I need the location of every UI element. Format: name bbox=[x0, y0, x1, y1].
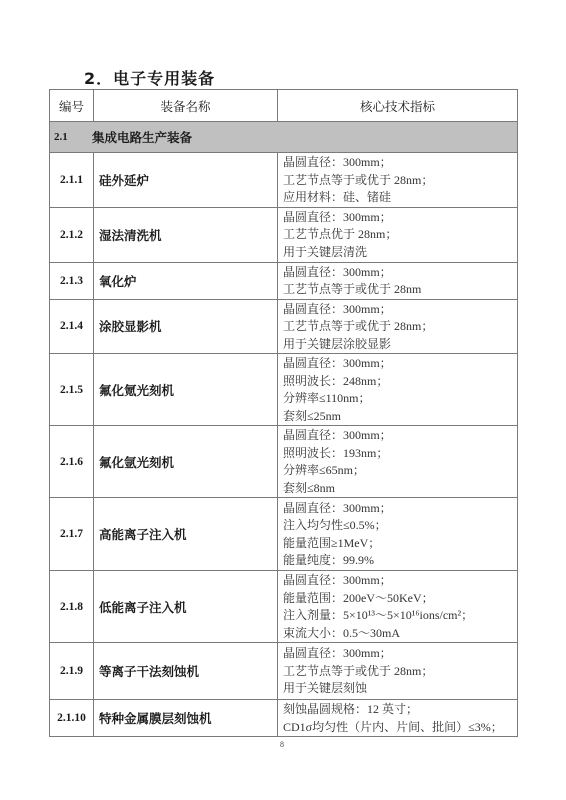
spec-line: 工艺节点等于或优于 28nm bbox=[283, 281, 513, 299]
core-specs: 晶圆直径：300mm；工艺节点等于或优于 28nm bbox=[278, 262, 518, 299]
spec-line: 晶圆直径：300mm； bbox=[283, 264, 513, 282]
table-row: 2.1.5氟化氪光刻机晶圆直径：300mm；照明波长：248nm；分辨率≤110… bbox=[50, 354, 518, 426]
header-number: 编号 bbox=[50, 90, 94, 122]
equipment-name: 氟化氩光刻机 bbox=[94, 426, 278, 498]
core-specs: 晶圆直径：300mm；工艺节点等于或优于 28nm；用于关键层涂胶显影 bbox=[278, 299, 518, 354]
spec-line: 能量纯度：99.9% bbox=[283, 552, 513, 570]
spec-line: 能量范围≥1MeV； bbox=[283, 535, 513, 553]
section-title: 2．电子专用装备 bbox=[84, 66, 215, 89]
table-row: 2.1.10特种金属膜层刻蚀机刻蚀晶圆规格：12 英寸；CD1σ均匀性（片内、片… bbox=[50, 700, 518, 737]
spec-line: 应用材料：硅、锗硅 bbox=[283, 189, 513, 207]
spec-line: 晶圆直径：300mm； bbox=[283, 500, 513, 518]
table-row: 2.1.9等离子干法刻蚀机晶圆直径：300mm；工艺节点等于或优于 28nm；用… bbox=[50, 643, 518, 700]
spec-line: 用于关键层刻蚀 bbox=[283, 680, 513, 698]
spec-line: 晶圆直径：300mm； bbox=[283, 301, 513, 319]
equipment-name: 涂胶显影机 bbox=[94, 299, 278, 354]
core-specs: 晶圆直径：300mm；注入均匀性≤0.5%；能量范围≥1MeV；能量纯度：99.… bbox=[278, 498, 518, 571]
core-specs: 晶圆直径：300mm；工艺节点优于 28nm；用于关键层清洗 bbox=[278, 207, 518, 262]
table-row: 2.1.4涂胶显影机晶圆直径：300mm；工艺节点等于或优于 28nm；用于关键… bbox=[50, 299, 518, 354]
page-number: 8 bbox=[280, 740, 284, 749]
spec-line: 束流大小：0.5～30mA bbox=[283, 625, 513, 643]
spec-line: 注入均匀性≤0.5%； bbox=[283, 517, 513, 535]
item-number: 2.1.6 bbox=[50, 426, 94, 498]
equipment-name: 硅外延炉 bbox=[94, 153, 278, 208]
core-specs: 晶圆直径：300mm；能量范围：200eV～50KeV；注入剂量：5×10¹³～… bbox=[278, 571, 518, 643]
table-header-row: 编号 装备名称 核心技术指标 bbox=[50, 90, 518, 122]
item-number: 2.1.3 bbox=[50, 262, 94, 299]
spec-line: 套刻≤8nm bbox=[283, 480, 513, 498]
header-equipment-name: 装备名称 bbox=[94, 90, 278, 122]
spec-line: CD1σ均匀性（片内、片间、批间）≤3%； bbox=[283, 719, 513, 737]
spec-line: 晶圆直径：300mm； bbox=[283, 572, 513, 590]
spec-line: 分辨率≤110nm； bbox=[283, 390, 513, 408]
spec-line: 刻蚀晶圆规格：12 英寸； bbox=[283, 701, 513, 719]
item-number: 2.1.5 bbox=[50, 354, 94, 426]
item-number: 2.1.10 bbox=[50, 700, 94, 737]
item-number: 2.1.4 bbox=[50, 299, 94, 354]
spec-line: 晶圆直径：300mm； bbox=[283, 355, 513, 373]
spec-line: 照明波长：248nm； bbox=[283, 373, 513, 391]
core-specs: 刻蚀晶圆规格：12 英寸；CD1σ均匀性（片内、片间、批间）≤3%； bbox=[278, 700, 518, 737]
spec-line: 注入剂量：5×10¹³～5×10¹⁶ions/cm²； bbox=[283, 607, 513, 625]
equipment-name: 高能离子注入机 bbox=[94, 498, 278, 571]
spec-line: 用于关键层涂胶显影 bbox=[283, 336, 513, 354]
item-number: 2.1.8 bbox=[50, 571, 94, 643]
section-heading: 集成电路生产装备 bbox=[92, 128, 192, 146]
equipment-name: 特种金属膜层刻蚀机 bbox=[94, 700, 278, 737]
section-row: 2.1 集成电路生产装备 bbox=[50, 122, 518, 153]
equipment-name: 氧化炉 bbox=[94, 262, 278, 299]
table-row: 2.1.1硅外延炉晶圆直径：300mm；工艺节点等于或优于 28nm；应用材料：… bbox=[50, 153, 518, 208]
core-specs: 晶圆直径：300mm；工艺节点等于或优于 28nm；用于关键层刻蚀 bbox=[278, 643, 518, 700]
core-specs: 晶圆直径：300mm；工艺节点等于或优于 28nm；应用材料：硅、锗硅 bbox=[278, 153, 518, 208]
equipment-name: 氟化氪光刻机 bbox=[94, 354, 278, 426]
core-specs: 晶圆直径：300mm；照明波长：193nm；分辨率≤65nm；套刻≤8nm bbox=[278, 426, 518, 498]
spec-line: 晶圆直径：300mm； bbox=[283, 154, 513, 172]
table-row: 2.1.6氟化氩光刻机晶圆直径：300mm；照明波长：193nm；分辨率≤65n… bbox=[50, 426, 518, 498]
section-number: 2.1 bbox=[54, 131, 92, 143]
spec-line: 工艺节点优于 28nm； bbox=[283, 226, 513, 244]
item-number: 2.1.7 bbox=[50, 498, 94, 571]
spec-line: 工艺节点等于或优于 28nm； bbox=[283, 663, 513, 681]
spec-line: 晶圆直径：300mm； bbox=[283, 427, 513, 445]
table-row: 2.1.3氧化炉晶圆直径：300mm；工艺节点等于或优于 28nm bbox=[50, 262, 518, 299]
spec-line: 用于关键层清洗 bbox=[283, 244, 513, 262]
item-number: 2.1.9 bbox=[50, 643, 94, 700]
table-row: 2.1.8低能离子注入机晶圆直径：300mm；能量范围：200eV～50KeV；… bbox=[50, 571, 518, 643]
equipment-name: 湿法清洗机 bbox=[94, 207, 278, 262]
spec-line: 工艺节点等于或优于 28nm； bbox=[283, 318, 513, 336]
table-row: 2.1.7高能离子注入机晶圆直径：300mm；注入均匀性≤0.5%；能量范围≥1… bbox=[50, 498, 518, 571]
spec-line: 分辨率≤65nm； bbox=[283, 462, 513, 480]
item-number: 2.1.1 bbox=[50, 153, 94, 208]
spec-line: 晶圆直径：300mm； bbox=[283, 209, 513, 227]
spec-line: 能量范围：200eV～50KeV； bbox=[283, 590, 513, 608]
spec-line: 照明波长：193nm； bbox=[283, 445, 513, 463]
table-row: 2.1.2湿法清洗机晶圆直径：300mm；工艺节点优于 28nm；用于关键层清洗 bbox=[50, 207, 518, 262]
spec-line: 晶圆直径：300mm； bbox=[283, 645, 513, 663]
equipment-table: 编号 装备名称 核心技术指标 2.1 集成电路生产装备 2.1.1硅外延炉晶圆直… bbox=[49, 89, 518, 737]
spec-line: 工艺节点等于或优于 28nm； bbox=[283, 172, 513, 190]
item-number: 2.1.2 bbox=[50, 207, 94, 262]
core-specs: 晶圆直径：300mm；照明波长：248nm；分辨率≤110nm；套刻≤25nm bbox=[278, 354, 518, 426]
equipment-name: 低能离子注入机 bbox=[94, 571, 278, 643]
header-core-specs: 核心技术指标 bbox=[278, 90, 518, 122]
spec-line: 套刻≤25nm bbox=[283, 408, 513, 426]
equipment-name: 等离子干法刻蚀机 bbox=[94, 643, 278, 700]
